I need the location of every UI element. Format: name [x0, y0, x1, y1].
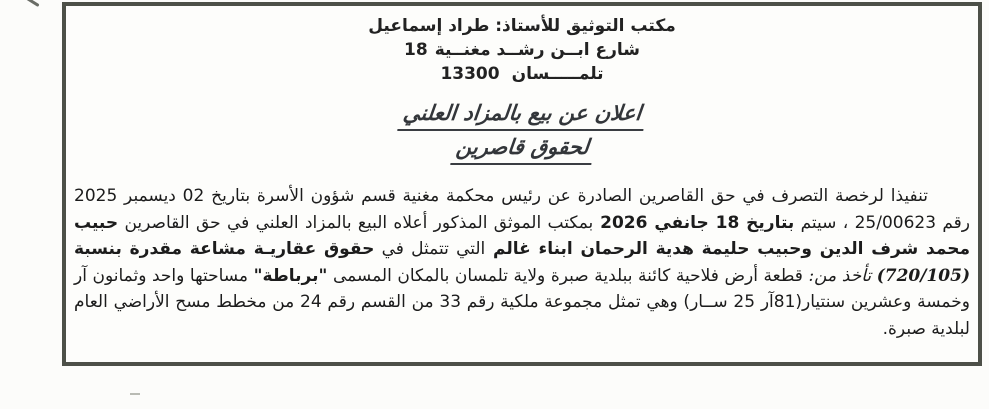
notice-title-block: اعلان عن بيع بالمزاد العلني لحقوق قاصرين: [66, 98, 978, 165]
scanned-notice-page: مكتب التوثيق للأستاذ: طراد إسماعيل 18شار…: [0, 0, 989, 409]
notary-header: مكتب التوثيق للأستاذ: طراد إسماعيل 18شار…: [66, 14, 978, 86]
body-segment: التي تتمثل في: [374, 239, 485, 259]
body-segment: بمكتب الموثق المذكور أعلاه البيع بالمزاد…: [118, 213, 593, 233]
notice-border-frame: مكتب التوثيق للأستاذ: طراد إسماعيل 18شار…: [62, 2, 982, 366]
scan-speck: [130, 393, 140, 395]
street-number: 18: [404, 40, 428, 60]
notice-title-line2: لحقوق قاصرين: [450, 132, 594, 165]
scan-mark-top-left: [24, 0, 39, 7]
body-segment: (720/105): [877, 266, 970, 286]
body-segment: "برباطة": [254, 266, 328, 286]
body-segment: بتاريخ 18 جانفي 2026: [593, 213, 794, 233]
notice-title-line1: اعلان عن بيع بالمزاد العلني: [397, 98, 647, 131]
body-paragraph: تنفيذا لرخصة التصرف في حق القاصرين الصاد…: [74, 183, 970, 342]
notary-office-line: مكتب التوثيق للأستاذ: طراد إسماعيل: [66, 14, 978, 38]
city-name: تلمـــــسان: [512, 64, 604, 84]
body-segment: حقوق عقاريـة مشاعة مقدرة بنسبة: [74, 239, 374, 259]
street-name: شارع ابــن رشــد مغنــية: [435, 40, 640, 60]
body-segment: قطعة أرض فلاحية كائنة ببلدية صبرة ولاية …: [327, 266, 803, 286]
body-segment: تأخذ من:: [803, 266, 877, 286]
postal-code: 13300: [440, 64, 499, 84]
city-line: 13300تلمـــــسان: [66, 62, 978, 86]
address-line: 18شارع ابــن رشــد مغنــية: [66, 38, 978, 62]
